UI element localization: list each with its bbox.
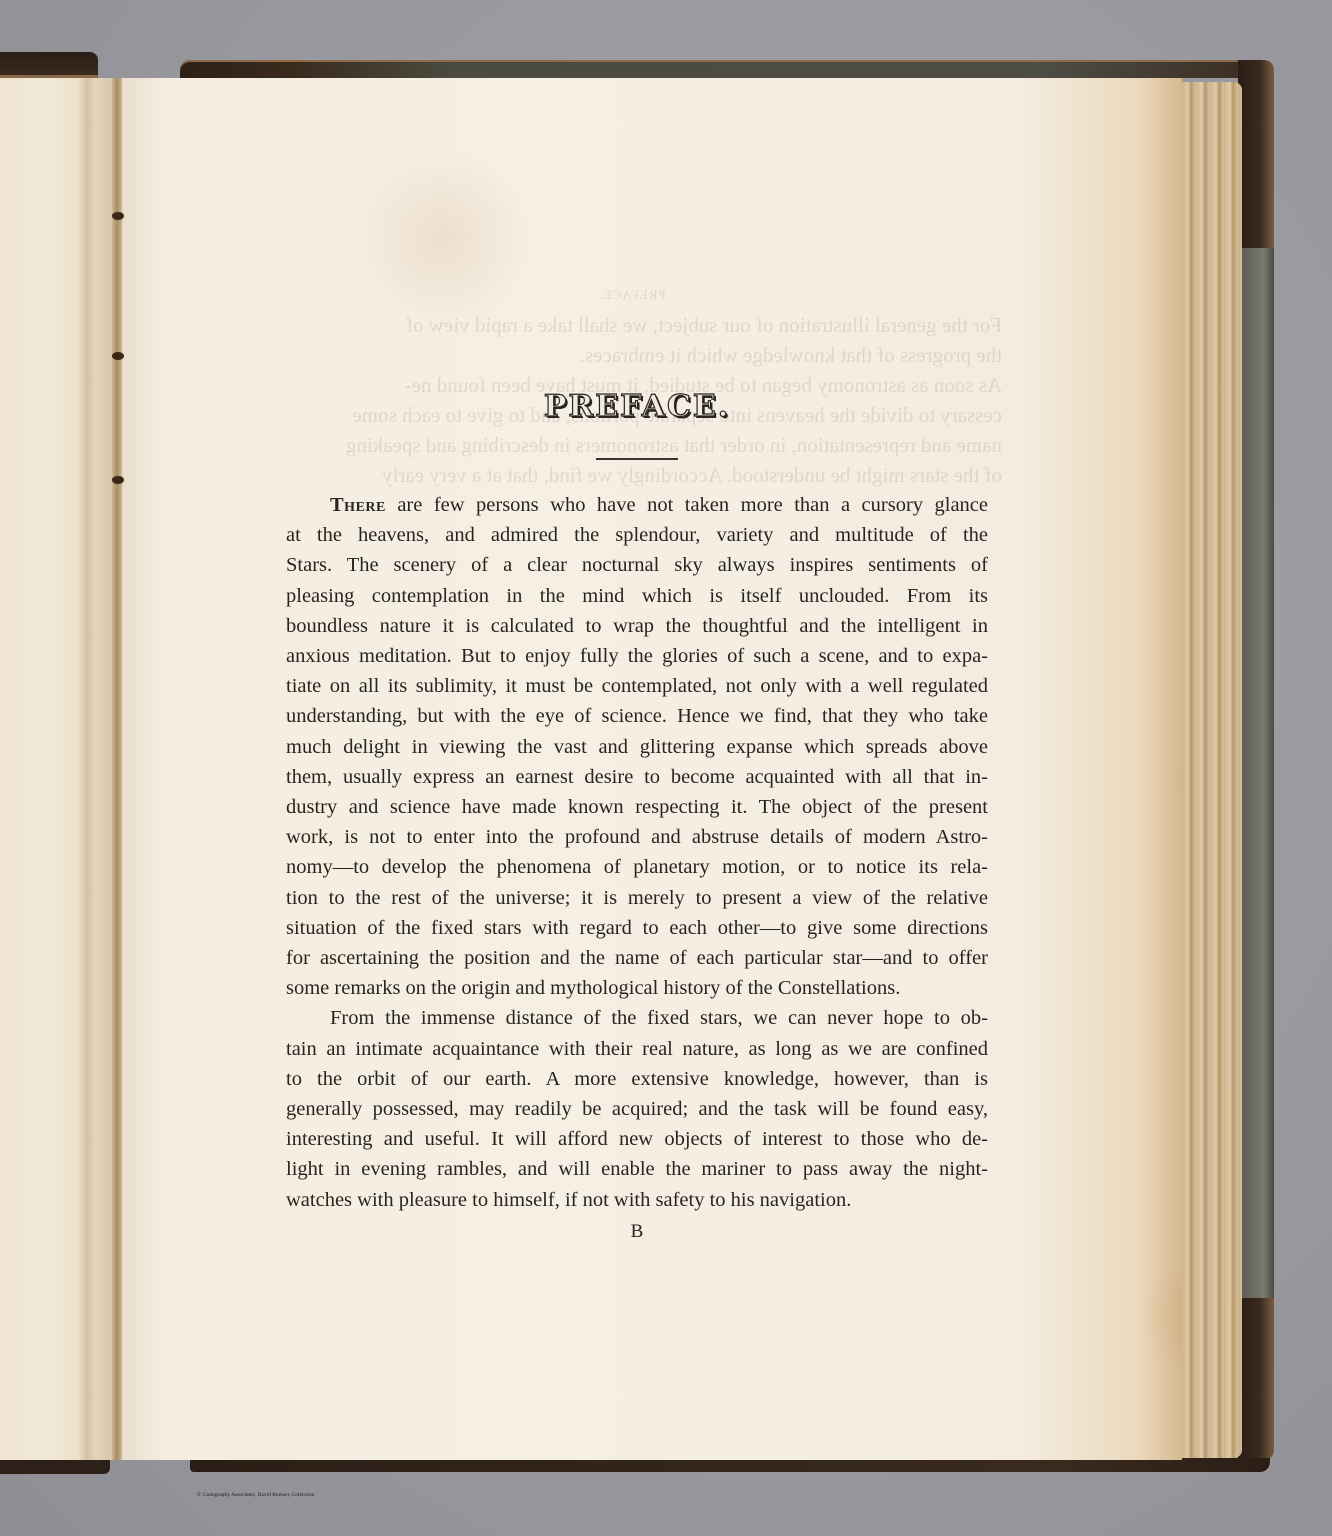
lead-word: There xyxy=(330,494,386,516)
copyright-credit: © Cartography Associates, David Rumsey C… xyxy=(197,1492,315,1498)
left-page-stain xyxy=(78,78,96,1460)
left-page xyxy=(0,78,126,1460)
signature-mark: B xyxy=(286,1221,988,1243)
paragraph-line: situation of the fixed stars with regard… xyxy=(286,913,988,943)
right-cover-cloth xyxy=(1240,248,1274,1298)
paragraph-line: watches with pleasure to himself, if not… xyxy=(286,1185,988,1215)
paragraph-line: interesting and useful. It will afford n… xyxy=(286,1124,988,1154)
paragraph-line: From the immense distance of the fixed s… xyxy=(286,1003,988,1033)
paragraph-line: anxious meditation. But to enjoy fully t… xyxy=(286,641,988,671)
paragraph-line: some remarks on the origin and mythologi… xyxy=(286,973,988,1003)
paragraph-line: boundless nature it is calculated to wra… xyxy=(286,611,988,641)
top-cover-board xyxy=(180,60,1260,78)
paragraph-1: There are few persons who have not taken… xyxy=(286,490,988,1003)
title-rule xyxy=(596,458,678,460)
binding-stitch xyxy=(112,212,124,220)
paragraph-line: understanding, but with the eye of scien… xyxy=(286,701,988,731)
paragraph-line: much delight in viewing the vast and gli… xyxy=(286,732,988,762)
bottom-left-cover-board xyxy=(0,1458,110,1474)
page-title: PREFACE. xyxy=(286,388,988,426)
paragraph-line: Stars. The scenery of a clear nocturnal … xyxy=(286,550,988,580)
paragraph-line: dustry and science have made known respe… xyxy=(286,792,988,822)
page-content: PREFACE. There are few persons who have … xyxy=(286,388,988,1243)
paragraph-line: light in evening rambles, and will enabl… xyxy=(286,1154,988,1184)
paragraph-line: tain an intimate acquaintance with their… xyxy=(286,1034,988,1064)
binding-stitch xyxy=(112,352,124,360)
paragraph-line: generally possessed, may readily be acqu… xyxy=(286,1094,988,1124)
paragraph-line: at the heavens, and admired the splendou… xyxy=(286,520,988,550)
gutter xyxy=(112,78,122,1460)
binding-stitch xyxy=(112,476,124,484)
paragraph-line: nomy—to develop the phenomena of planeta… xyxy=(286,852,988,882)
paragraph-line: work, is not to enter into the profound … xyxy=(286,822,988,852)
paragraph-line: for ascertaining the position and the na… xyxy=(286,943,988,973)
paragraph-line: tion to the rest of the universe; it is … xyxy=(286,883,988,913)
paragraph-line: tiate on all its sublimity, it must be c… xyxy=(286,671,988,701)
paragraph-line: them, usually express an earnest desire … xyxy=(286,762,988,792)
left-cover-board xyxy=(0,52,98,78)
paragraph-line: There are few persons who have not taken… xyxy=(286,490,988,520)
paragraph-line: pleasing contemplation in the mind which… xyxy=(286,581,988,611)
paragraph-2: From the immense distance of the fixed s… xyxy=(286,1003,988,1214)
paragraph-line: to the orbit of our earth. A more extens… xyxy=(286,1064,988,1094)
bottom-right-cover-board xyxy=(190,1458,1270,1472)
